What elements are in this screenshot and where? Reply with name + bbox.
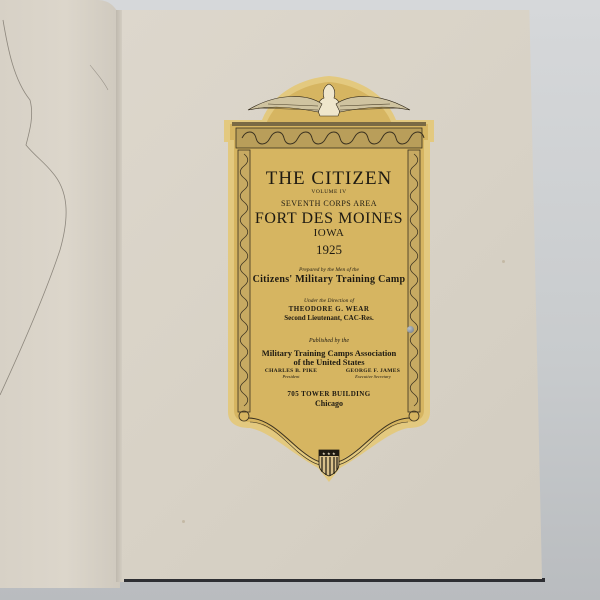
association-line-2: of the United States: [218, 357, 440, 367]
state-name: IOWA: [218, 227, 440, 239]
volume-number: VOLUME IV: [218, 189, 440, 195]
officer-role: Executive Secretary: [328, 374, 418, 379]
city-name: Chicago: [218, 399, 440, 408]
officer-role: President: [246, 374, 336, 379]
paper-speck: [502, 260, 505, 263]
location-name: FORT DES MOINES: [218, 210, 440, 228]
prepared-by-line: Prepared by the Men of the: [218, 267, 440, 273]
director-rank: Second Lieutenant, CAC-Res.: [218, 314, 440, 322]
published-by-line: Published by the: [218, 338, 440, 344]
book-title: THE CITIZEN: [218, 168, 440, 190]
director-name: THEODORE G. WEAR: [218, 305, 440, 313]
svg-text:★: ★: [332, 451, 336, 456]
direction-line: Under the Direction of: [218, 298, 440, 304]
page-crease-line: [0, 0, 120, 588]
officer-president: CHARLES B. PIKE President: [246, 368, 336, 379]
officer-secretary: GEORGE F. JAMES Executive Secretary: [328, 368, 418, 379]
pin-head-icon: [407, 326, 414, 333]
left-page: [0, 0, 120, 588]
camp-name: Citizens' Military Training Camp: [218, 274, 440, 285]
title-label: ★ ★ ★ THE CITIZEN VOLUME IV SEVENTH CORP…: [218, 72, 440, 487]
shield-icon: ★ ★ ★: [319, 450, 339, 476]
publication-year: 1925: [218, 242, 440, 258]
address-line: 705 TOWER BUILDING: [218, 390, 440, 398]
corps-area: SEVENTH CORPS AREA: [218, 199, 440, 208]
svg-text:★: ★: [327, 451, 331, 456]
svg-text:★: ★: [322, 451, 326, 456]
paper-speck: [182, 520, 185, 523]
